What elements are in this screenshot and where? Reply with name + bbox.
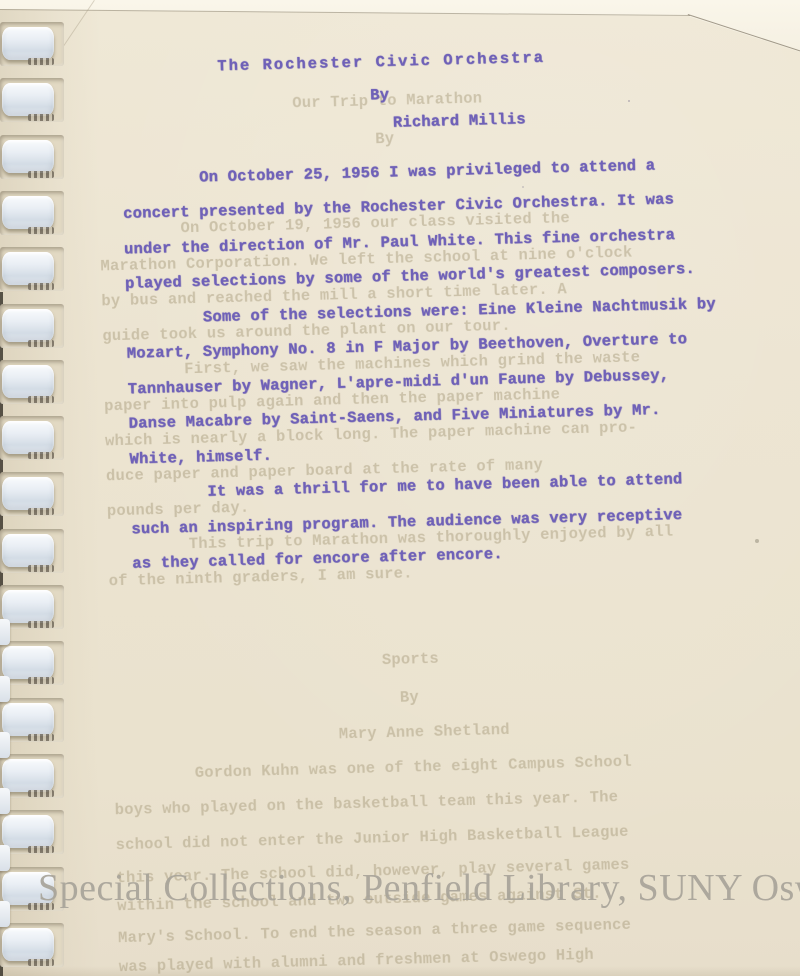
binding-ring	[2, 590, 54, 623]
binding-ring-shadow	[28, 565, 54, 572]
binding-ring-stub	[0, 619, 10, 645]
binding-ring-shadow	[28, 283, 54, 290]
binding-ring-shadow	[28, 171, 54, 178]
binding-ring	[2, 252, 54, 285]
binding-ring	[2, 477, 54, 510]
paper	[0, 0, 800, 976]
binding-ring-shadow	[28, 396, 54, 403]
binding-ring	[2, 196, 54, 229]
binding-ring-shadow	[28, 452, 54, 459]
binding-ring-shadow	[28, 677, 54, 684]
binding-ring	[2, 365, 54, 398]
paper-bottom-shade	[0, 966, 800, 976]
binding-ring-shadow	[28, 508, 54, 515]
binding-ring	[2, 27, 54, 60]
binding-ring	[2, 703, 54, 736]
binding-ring-shadow	[28, 790, 54, 797]
binding-ring-shadow	[28, 227, 54, 234]
binding-ring-shadow	[28, 58, 54, 65]
binding-ring	[2, 140, 54, 173]
binding-ring	[2, 759, 54, 792]
binding-ring-shadow	[28, 734, 54, 741]
binding-ring	[2, 421, 54, 454]
binding-ring-stub	[0, 732, 10, 758]
binding-ring	[2, 309, 54, 342]
binding-ring-shadow	[28, 114, 54, 121]
binding-ring	[2, 928, 54, 961]
binding-ring	[2, 815, 54, 848]
binding-ring-shadow	[28, 340, 54, 347]
binding-ring-stub	[0, 788, 10, 814]
binding-ring	[2, 83, 54, 116]
binding-ring	[2, 646, 54, 679]
binding-ring-shadow	[28, 846, 54, 853]
scanned-page: Our Trip to MarathonByOn October 19, 195…	[0, 0, 800, 976]
binding-ring-stub	[0, 845, 10, 871]
binding-ring-stub	[0, 901, 10, 927]
library-watermark: Special Collections, Penfield Library, S…	[38, 866, 798, 910]
binding-ring-shadow	[28, 621, 54, 628]
scan-speck	[628, 100, 630, 102]
binding-ring-shadow	[28, 959, 54, 966]
binding-ring-stub	[0, 676, 10, 702]
binding-ring	[2, 534, 54, 567]
